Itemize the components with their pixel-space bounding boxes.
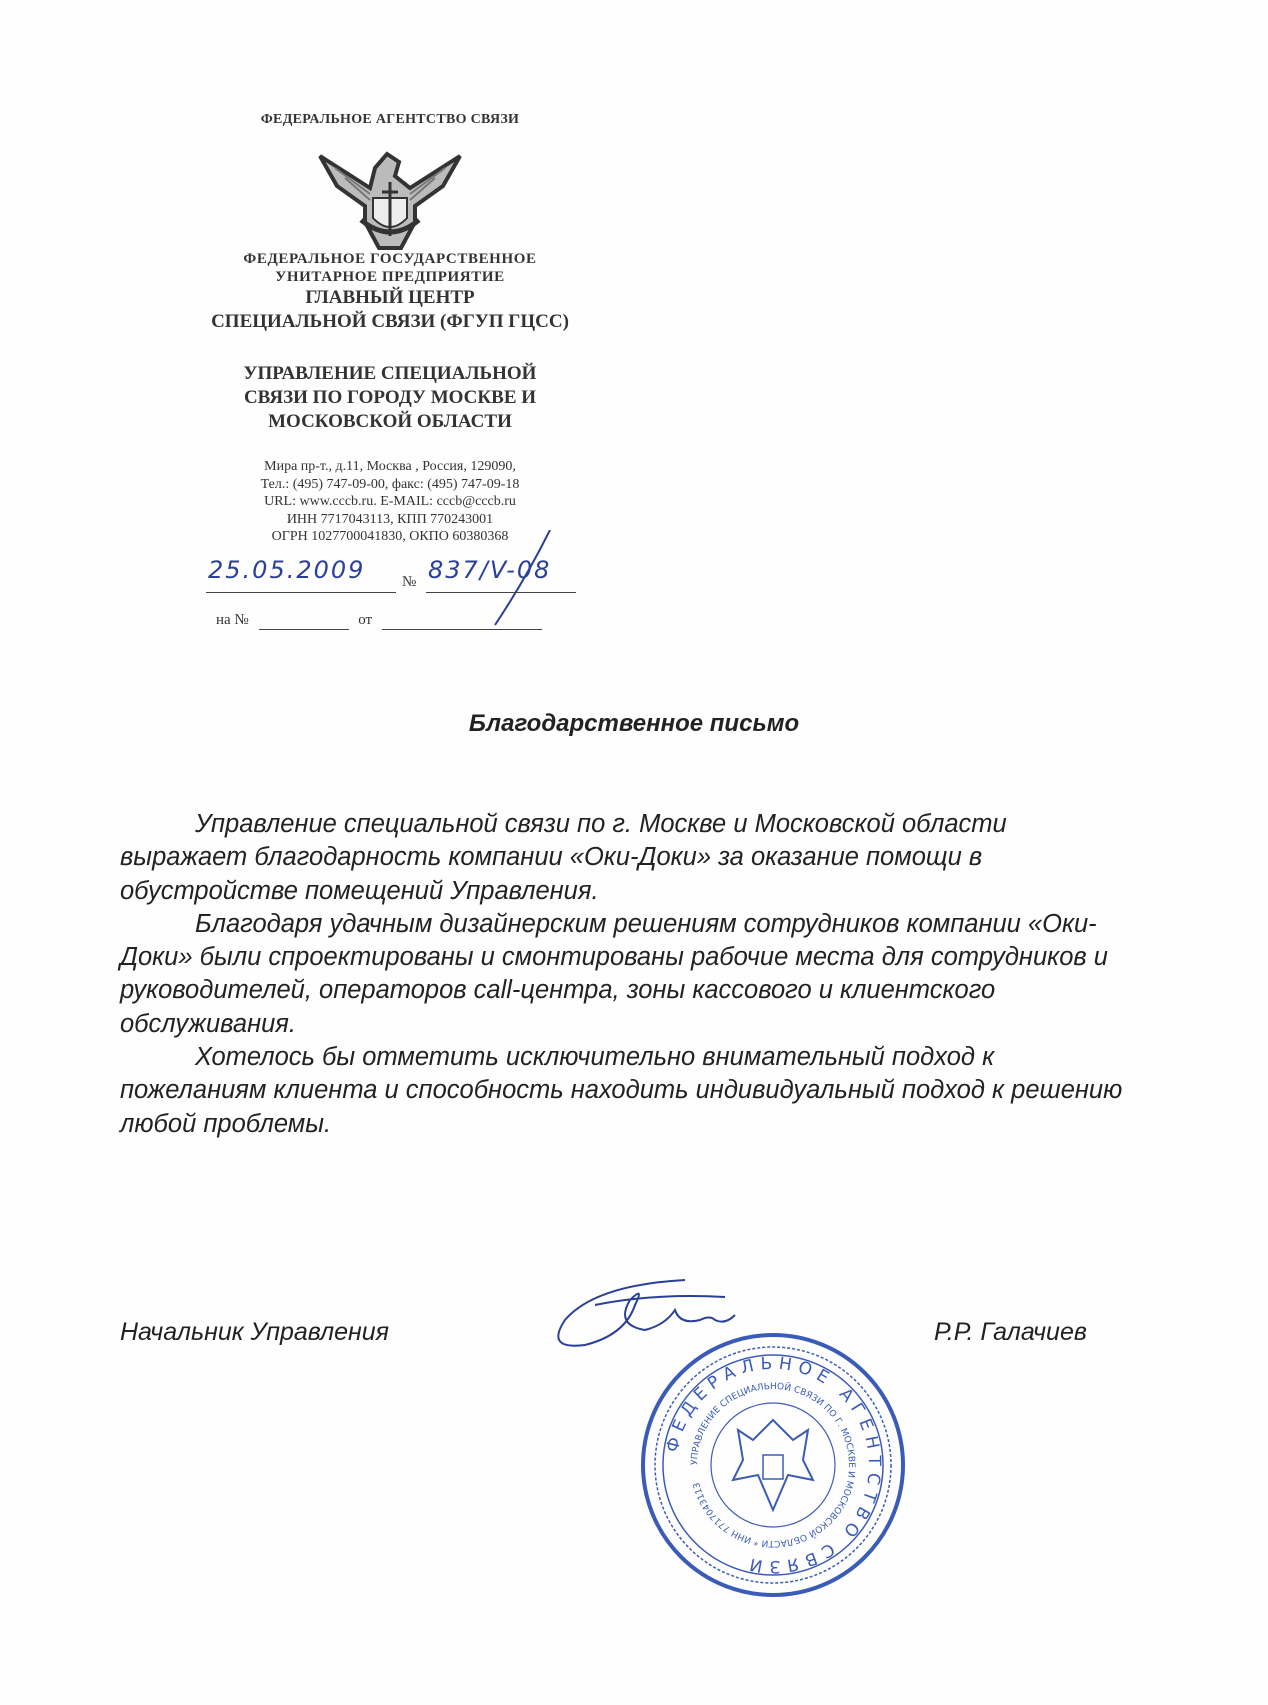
org-name: ГЛАВНЫЙ ЦЕНТР СПЕЦИАЛЬНОЙ СВЯЗИ (ФГУП ГЦ… — [180, 286, 600, 334]
reply-number-label: на № — [216, 612, 249, 628]
org-name-line: ГЛАВНЫЙ ЦЕНТР — [180, 286, 600, 310]
letter-title: Благодарственное письмо — [0, 710, 1268, 738]
outgoing-number: 837/V-08 — [428, 556, 551, 584]
reply-line: на № от — [216, 612, 542, 630]
reply-date-blank — [382, 612, 542, 630]
svg-text:УПРАВЛЕНИЕ СПЕЦИАЛЬНОЙ СВЯЗИ П: УПРАВЛЕНИЕ СПЕЦИАЛЬНОЙ СВЯЗИ ПО Г. МОСКВ… — [690, 1381, 856, 1548]
eagle-emblem-icon — [315, 148, 465, 256]
phone-fax: Тел.: (495) 747-09-00, факс: (495) 747-0… — [180, 476, 600, 494]
department-line: УПРАВЛЕНИЕ СПЕЦИАЛЬНОЙ — [180, 362, 600, 386]
org-name-line: СПЕЦИАЛЬНОЙ СВЯЗИ (ФГУП ГЦСС) — [180, 310, 600, 334]
body-paragraph: Хотелось бы отметить исключительно внима… — [120, 1041, 1130, 1141]
reply-date-label: от — [358, 612, 372, 628]
url-email: URL: www.cccb.ru. E-MAIL: cccb@cccb.ru — [180, 493, 600, 511]
signatory-position: Начальник Управления — [120, 1318, 389, 1347]
outgoing-date: 25.05.2009 — [208, 556, 365, 584]
body-paragraph: Благодаря удачным дизайнерским решениям … — [120, 908, 1130, 1041]
number-label: № — [402, 574, 416, 591]
number-underline — [426, 592, 576, 593]
org-type-line: УНИТАРНОЕ ПРЕДПРИЯТИЕ — [180, 268, 600, 286]
inn-kpp: ИНН 7717043113, КПП 770243001 — [180, 511, 600, 529]
body-paragraph: Управление специальной связи по г. Москв… — [120, 808, 1130, 908]
date-underline — [206, 592, 396, 593]
org-type-line: ФЕДЕРАЛЬНОЕ ГОСУДАРСТВЕННОЕ — [180, 250, 600, 268]
handwritten-signature-icon — [535, 1275, 775, 1355]
letter-page: { "letterhead": { "agency": "ФЕДЕРАЛЬНОЕ… — [0, 0, 1268, 1705]
letter-body: Управление специальной связи по г. Москв… — [120, 808, 1130, 1141]
reply-number-blank — [259, 612, 349, 630]
agency-name: ФЕДЕРАЛЬНОЕ АГЕНТСТВО СВЯЗИ — [180, 112, 600, 128]
department-name: УПРАВЛЕНИЕ СПЕЦИАЛЬНОЙ СВЯЗИ ПО ГОРОДУ М… — [180, 362, 600, 434]
signatory-name: Р.Р. Галачиев — [934, 1318, 1087, 1347]
org-type: ФЕДЕРАЛЬНОЕ ГОСУДАРСТВЕННОЕ УНИТАРНОЕ ПР… — [180, 250, 600, 286]
department-line: МОСКОВСКОЙ ОБЛАСТИ — [180, 410, 600, 434]
official-seal-icon: ФЕДЕРАЛЬНОЕ АГЕНТСТВО СВЯЗИ УПРАВЛЕНИЕ С… — [638, 1330, 908, 1600]
department-line: СВЯЗИ ПО ГОРОДУ МОСКВЕ И — [180, 386, 600, 410]
registration-line: 25.05.2009 № 837/V-08 — [206, 562, 606, 598]
address: Мира пр-т., д.11, Москва , Россия, 12909… — [180, 458, 600, 476]
